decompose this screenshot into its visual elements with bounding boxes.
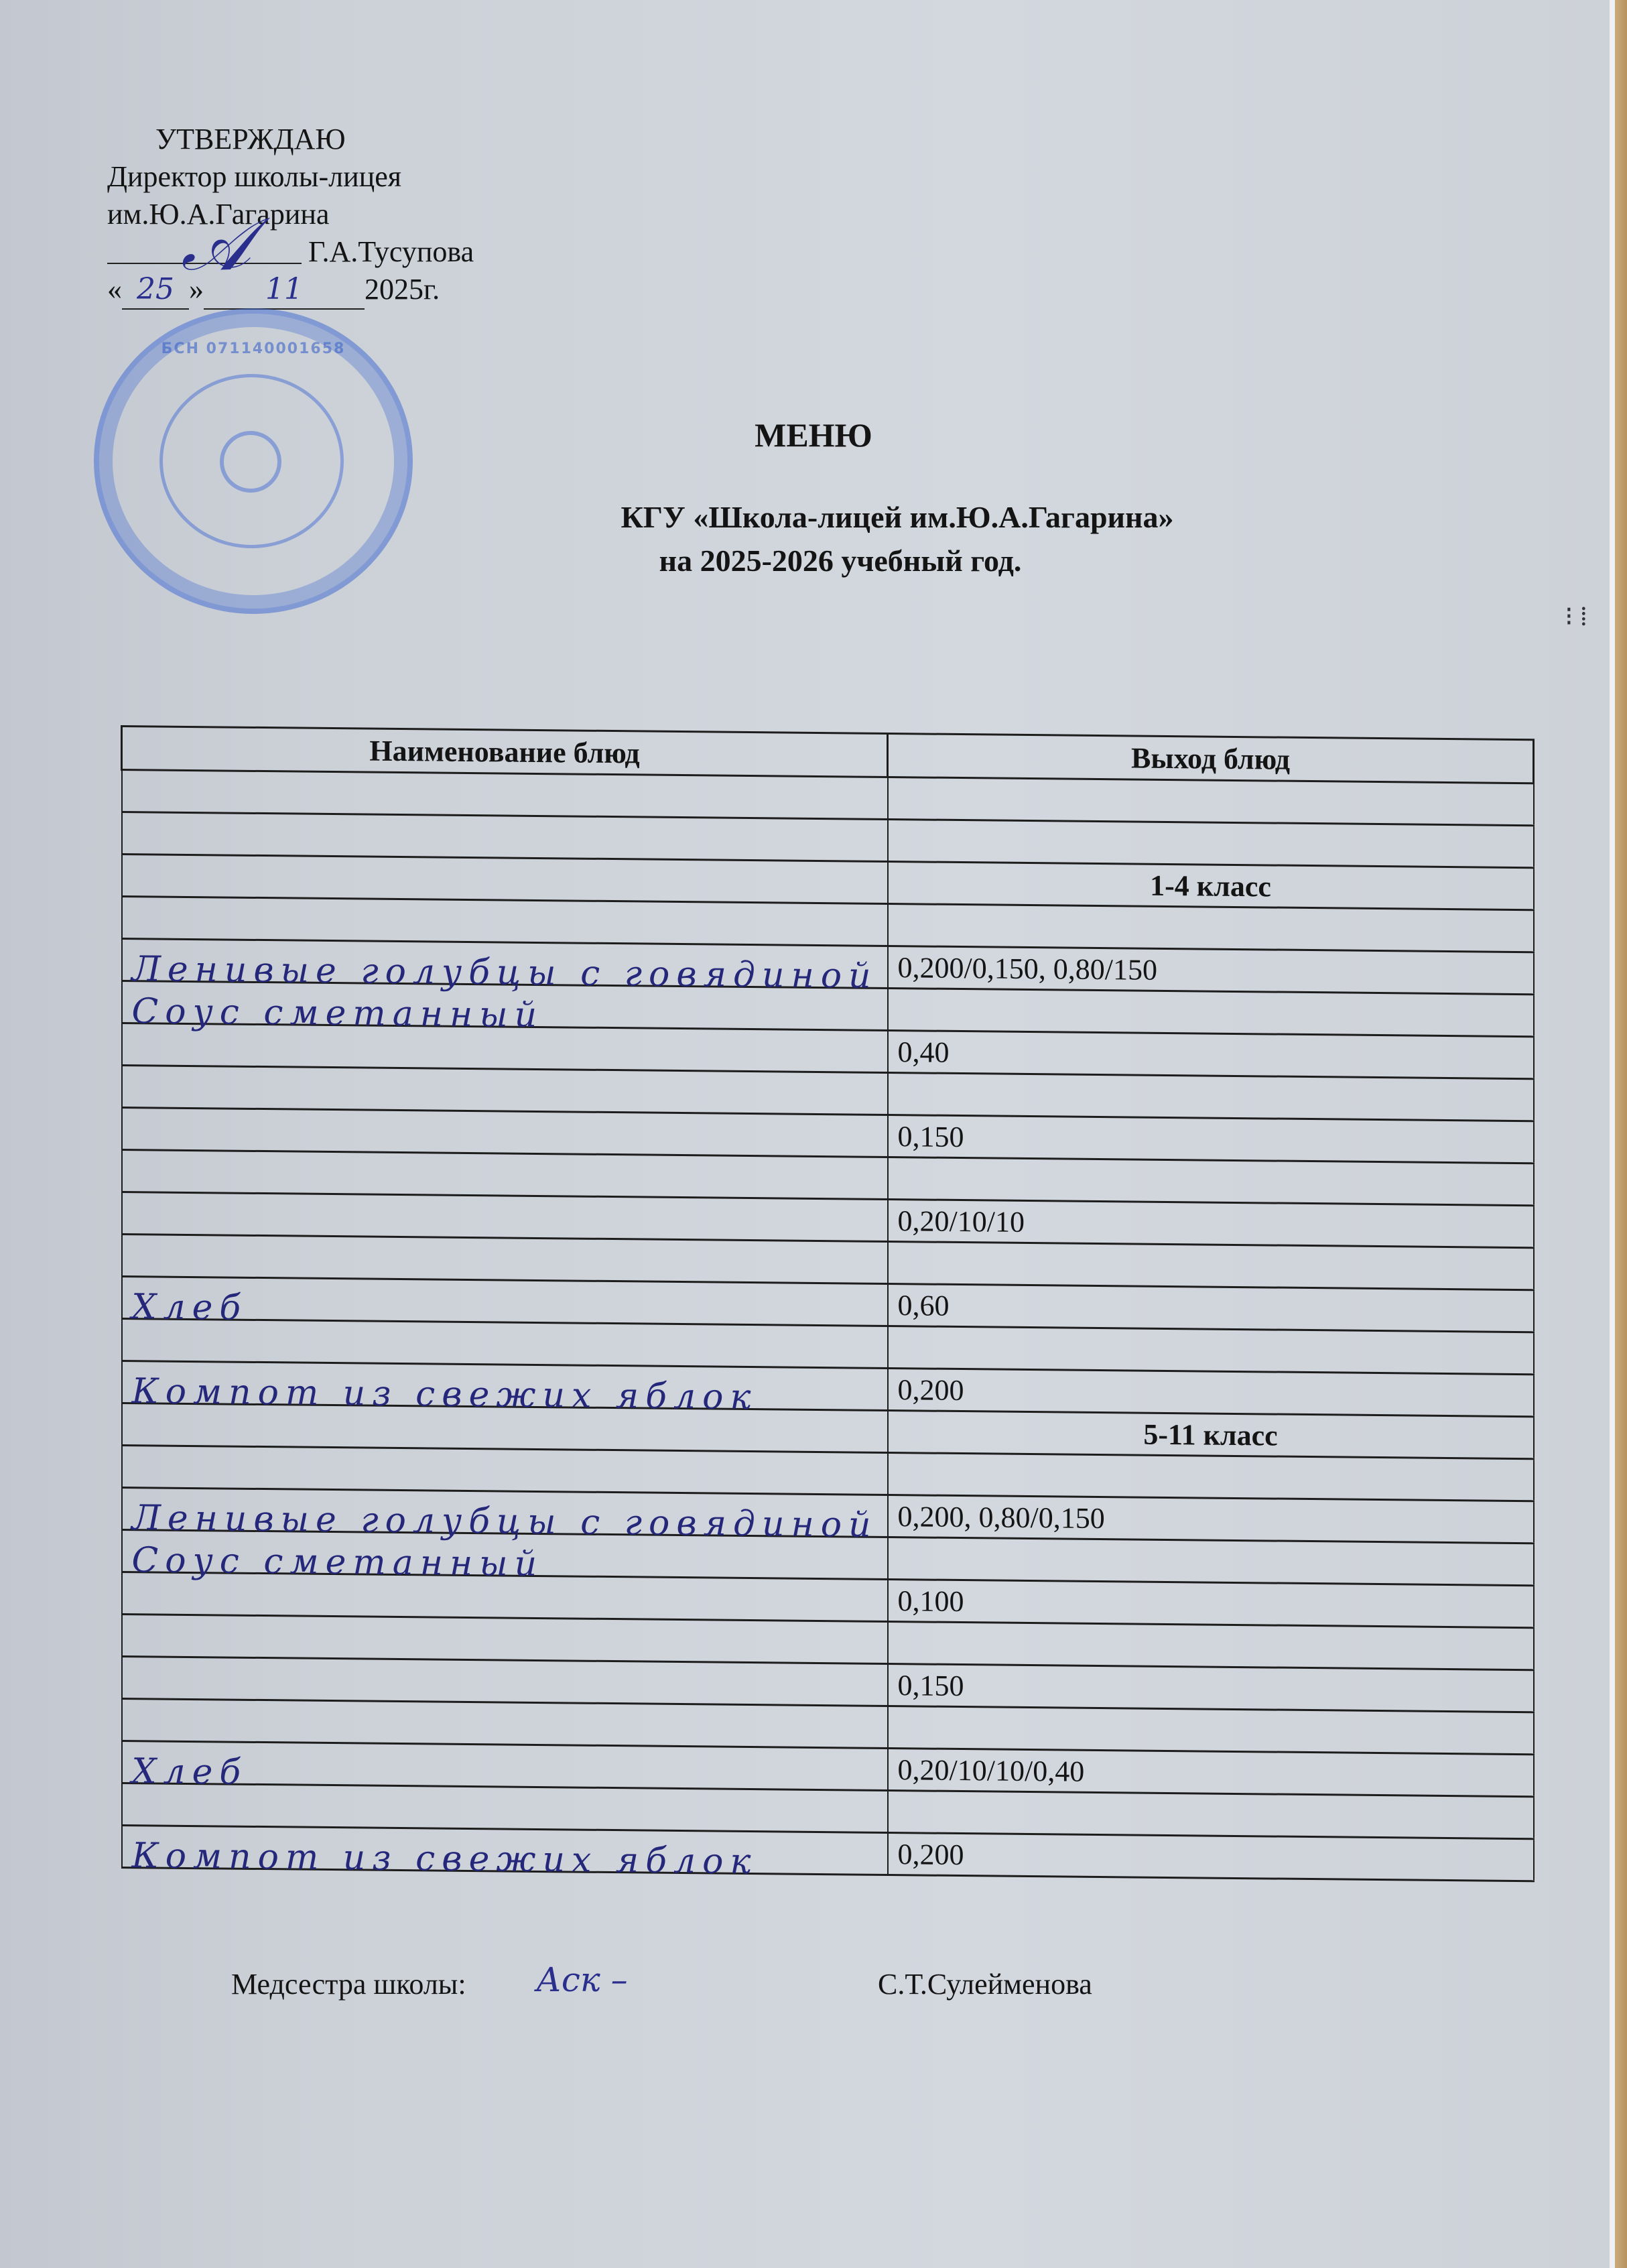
dish-name-cell: Ленивые голубцы с говядиной <box>122 1488 888 1537</box>
director-position: Директор школы-лицея <box>107 158 474 196</box>
dish-output: 0,200 <box>888 1368 1534 1416</box>
dish-output: 0,150 <box>888 1115 1534 1163</box>
dish-output <box>888 1790 1534 1838</box>
dish-name-cell <box>122 855 888 904</box>
dish-name-cell: Хлеб <box>122 1277 888 1326</box>
dish-output: 0,100 <box>888 1579 1534 1627</box>
dish-name-cell <box>122 1699 888 1749</box>
table-body: 1-4 классЛенивые голубцы с говядиной0,20… <box>122 770 1534 1881</box>
director-signature: 𝒜 <box>181 201 251 288</box>
dish-output <box>888 1157 1534 1205</box>
dish-name-cell <box>122 1066 888 1115</box>
dish-output <box>888 1452 1534 1501</box>
dish-name-cell <box>122 1150 888 1200</box>
dish-name: Ленивые голубцы с говядиной <box>132 1498 878 1546</box>
dish-output <box>888 1072 1534 1121</box>
organization-title: КГУ «Школа-лицей им.Ю.А.Гагарина» <box>0 499 1627 535</box>
dish-output <box>888 1621 1534 1669</box>
dish-output <box>888 777 1534 825</box>
class-section-label: 1-4 класс <box>888 861 1534 909</box>
dish-name-cell <box>122 812 888 862</box>
dish-output: 0,200/0,150, 0,80/150 <box>888 946 1534 994</box>
dish-output: 0,40 <box>888 1030 1534 1078</box>
date-year: 2025г. <box>365 273 440 306</box>
dish-name-cell <box>122 770 888 820</box>
dish-name: Компот из свежих яблок <box>132 1836 758 1882</box>
dish-name: Соус сметанный <box>132 1540 544 1584</box>
dish-output: 0,200 <box>888 1832 1534 1881</box>
nurse-label: Медсестра школы: <box>231 1967 466 2001</box>
dish-output <box>888 1537 1534 1585</box>
dish-name: Хлеб <box>132 1751 248 1793</box>
approval-heading: УТВЕРЖДАЮ <box>107 121 474 158</box>
academic-year: на 2025-2026 учебный год. <box>0 543 1627 578</box>
stamp-bin: БСН 071140001658 <box>99 340 407 357</box>
dish-name-cell <box>122 1657 888 1706</box>
class-section-label: 5-11 класс <box>888 1410 1534 1458</box>
dish-output: 0,200, 0,80/0,150 <box>888 1495 1534 1543</box>
dish-name-cell <box>122 1192 888 1242</box>
dish-output <box>888 1706 1534 1754</box>
dish-output: 0,20/10/10/0,40 <box>888 1748 1534 1796</box>
header-dish-output: Выход блюд <box>888 733 1534 783</box>
header-dish-name: Наименование блюд <box>122 727 888 777</box>
dish-output <box>888 819 1534 867</box>
dish-name: Хлеб <box>132 1287 248 1328</box>
menu-table: Наименование блюд Выход блюд 1-4 классЛе… <box>121 725 1535 1882</box>
director-name: Г.А.Тусупова <box>107 233 474 271</box>
page-edge <box>1610 0 1615 2268</box>
dish-output <box>888 1241 1534 1289</box>
dish-name: Соус сметанный <box>132 991 544 1035</box>
document-title: МЕНЮ <box>0 416 1627 454</box>
margin-marks: ⁝ ⁞ <box>1565 603 1587 630</box>
dish-name: Ленивые голубцы с говядиной <box>132 949 878 997</box>
dish-name-cell: Хлеб <box>122 1741 888 1791</box>
dish-name-cell <box>122 1108 888 1157</box>
dish-output: 0,60 <box>888 1283 1534 1332</box>
dish-name-cell <box>122 897 888 946</box>
approval-date: «25»112025г. <box>107 271 474 310</box>
nurse-signature: Аск – <box>536 1960 628 1999</box>
dish-name-cell: Ленивые голубцы с говядиной <box>122 939 888 989</box>
dish-output <box>888 903 1534 952</box>
dish-output <box>888 1326 1534 1374</box>
dish-name-cell: Компот из свежих яблок <box>122 1361 888 1411</box>
dish-name-cell: Компот из свежих яблок <box>122 1826 888 1875</box>
dish-name-cell <box>122 1615 888 1664</box>
approval-block: УТВЕРЖДАЮ Директор школы-лицея им.Ю.А.Га… <box>107 121 474 310</box>
dish-output: 0,150 <box>888 1663 1534 1712</box>
dish-name-cell <box>122 1235 888 1284</box>
date-day: 25 <box>122 271 189 310</box>
dish-name-cell <box>122 1446 888 1495</box>
dish-name: Компот из свежих яблок <box>132 1371 758 1417</box>
desk-surface <box>1615 0 1627 2268</box>
dish-output <box>888 988 1534 1036</box>
school-name-line: им.Ю.А.Гагарина <box>107 196 474 233</box>
nurse-name: С.Т.Сулейменова <box>878 1967 1092 2001</box>
dish-output: 0,20/10/10 <box>888 1199 1534 1247</box>
